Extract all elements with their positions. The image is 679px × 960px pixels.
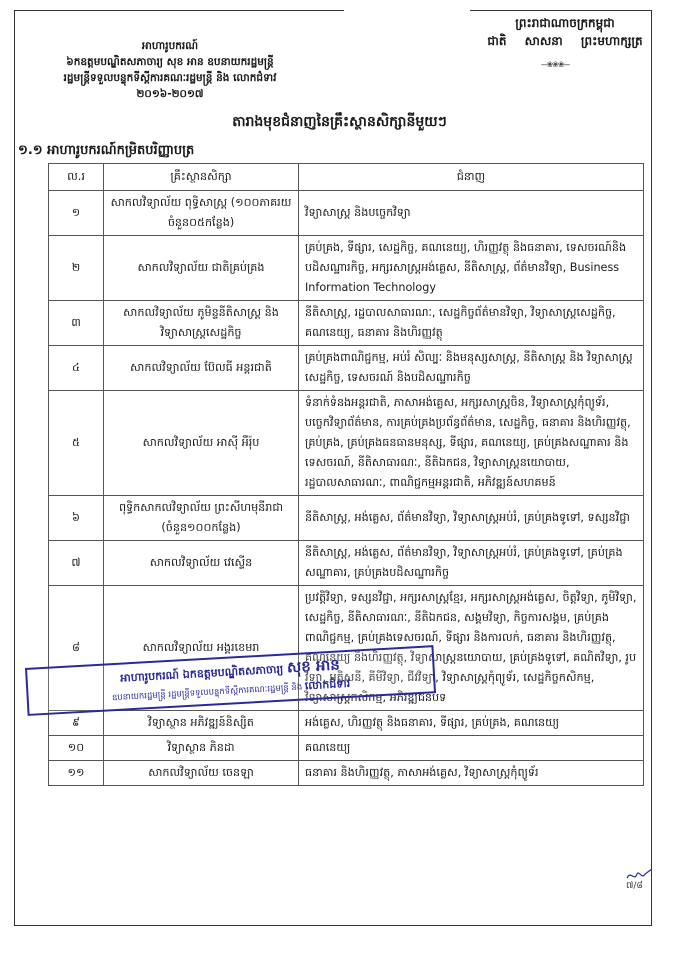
table-row: ១០វិទ្យាស្ថាន ភិនដាគណនេយ្យ xyxy=(49,736,644,761)
table-row: ៧សាកលវិទ្យាល័យ វេស្ទើននីតិសាស្ត្រ, អង់គ្… xyxy=(49,541,644,586)
institution-name: វិទ្យាស្ថាន អភិវឌ្ឍន៍និស្សិត xyxy=(104,711,299,736)
row-number: ៦ xyxy=(49,496,104,541)
ornament-divider: ---❀❀❀--- xyxy=(520,60,590,69)
row-number: ៤ xyxy=(49,346,104,391)
institution-name: វិទ្យាស្ថាន ភិនដា xyxy=(104,736,299,761)
row-number: ២ xyxy=(49,236,104,301)
header-left-line1: អាហារូបករណ៍ xyxy=(20,38,320,54)
stamp-title: លោកជំទាវ xyxy=(304,677,350,693)
row-number: ៣ xyxy=(49,301,104,346)
table-row: ១សាកលវិទ្យាល័យ ពុទ្ធិសាស្ត្រ (១០០ភាគរយ ច… xyxy=(49,191,644,236)
skills-list: នីតិសាស្ត្រ, អង់គ្លេស, ព័ត៌មានវិទ្យា, វិ… xyxy=(299,496,644,541)
skills-list: គ្រប់គ្រងពាណិជ្ជកម្ម, អប់រំ សិល្បៈ និងមន… xyxy=(299,346,644,391)
row-number: ៧ xyxy=(49,541,104,586)
skills-list: វិទ្យាសាស្ត្រ និងបច្ចេកវិទ្យា xyxy=(299,191,644,236)
table-row: ៣សាកលវិទ្យាល័យ ភូមិន្ទនីតិសាស្ត្រ និងវិទ… xyxy=(49,301,644,346)
scholarship-header: អាហារូបករណ៍ ៦កឧត្តមបណ្ឌិតសភាចារ្យ សុខ អា… xyxy=(20,38,320,102)
institution-name: សាកលវិទ្យាល័យ ពុទ្ធិសាស្ត្រ (១០០ភាគរយ ចំ… xyxy=(104,191,299,236)
page-title: តារាងមុខជំនាញនៃគ្រឹះស្ថានសិក្សានីមួយៗ xyxy=(0,112,679,133)
national-motto: ជាតិ សាសនា ព្រះមហាក្សត្រ xyxy=(470,32,660,50)
kingdom-header: ព្រះរាជាណាចក្រកម្ពុជា ជាតិ សាសនា ព្រះមហា… xyxy=(470,14,660,50)
header-left-line3: រដ្ឋមន្ត្រីទទួលបន្ទុកទីស្តីការគណៈរដ្ឋមន្… xyxy=(20,70,320,86)
row-number: ១០ xyxy=(49,736,104,761)
institution-name: សាកលវិទ្យាល័យ ជាតិគ្រប់គ្រង xyxy=(104,236,299,301)
section-heading: ១.១ អាហារូបករណ៍កម្រិតបរិញ្ញាបត្រ xyxy=(18,142,194,161)
row-number: ១១ xyxy=(49,761,104,786)
header-institution: គ្រឹះស្ថានសិក្សា xyxy=(104,164,299,191)
stamp-name: សុខ អាន xyxy=(286,655,340,676)
table-row: ៤សាកលវិទ្យាល័យ ប៊ែលធី អន្តរជាតិគ្រប់គ្រង… xyxy=(49,346,644,391)
skills-list: ទំនាក់ទំនងអន្តរជាតិ, ភាសាអង់គ្លេស, អក្សរ… xyxy=(299,391,644,496)
table-row: ២សាកលវិទ្យាល័យ ជាតិគ្រប់គ្រងគ្រប់គ្រង, ទ… xyxy=(49,236,644,301)
header-skills: ជំនាញ xyxy=(299,164,644,191)
row-number: ៥ xyxy=(49,391,104,496)
institution-name: សាកលវិទ្យាល័យ វេស្ទើន xyxy=(104,541,299,586)
table-header-row: ល.រ គ្រឹះស្ថានសិក្សា ជំនាញ xyxy=(49,164,644,191)
institution-name: សាកលវិទ្យាល័យ ប៊ែលធី អន្តរជាតិ xyxy=(104,346,299,391)
table-row: ៩វិទ្យាស្ថាន អភិវឌ្ឍន៍និស្សិតអង់គ្លេស, ហ… xyxy=(49,711,644,736)
kingdom-name: ព្រះរាជាណាចក្រកម្ពុជា xyxy=(470,14,660,32)
border-top-right xyxy=(470,10,651,11)
skills-list: គណនេយ្យ xyxy=(299,736,644,761)
header-left-year: ២០១៦-២០១៧ xyxy=(20,86,320,102)
skills-list: ធនាគារ និងហិរញ្ញវត្ថុ, ភាសាអង់គ្លេស, វិទ… xyxy=(299,761,644,786)
table-row: ៥សាកលវិទ្យាល័យ អាស៊ី អឺរ៉ុបទំនាក់ទំនងអន្… xyxy=(49,391,644,496)
page-number: ៧/៨ xyxy=(626,880,643,893)
header-left-line2: ៦កឧត្តមបណ្ឌិតសភាចារ្យ សុខ អាន ឧបនាយករដ្ឋ… xyxy=(20,54,320,70)
institution-name: ពុទ្ធិកសាកលវិទ្យាល័យ ព្រះសីហមុនីរាជា (ចំ… xyxy=(104,496,299,541)
skills-list: នីតិសាស្ត្រ, រដ្ឋបាលសាធារណៈ, សេដ្ឋកិច្ចព… xyxy=(299,301,644,346)
institution-name: សាកលវិទ្យាល័យ អាស៊ី អឺរ៉ុប xyxy=(104,391,299,496)
skills-list: នីតិសាស្ត្រ, អង់គ្លេស, ព័ត៌មានវិទ្យា, វិ… xyxy=(299,541,644,586)
skills-list: គ្រប់គ្រង, ទីផ្សារ, សេដ្ឋកិច្ច, គណនេយ្យ,… xyxy=(299,236,644,301)
header-no: ល.រ xyxy=(49,164,104,191)
skills-list: អង់គ្លេស, ហិរញ្ញវត្ថុ និងធនាគារ, ទីផ្សារ… xyxy=(299,711,644,736)
institution-name: សាកលវិទ្យាល័យ ភូមិន្ទនីតិសាស្ត្រ និងវិទ្… xyxy=(104,301,299,346)
table-row: ៦ពុទ្ធិកសាកលវិទ្យាល័យ ព្រះសីហមុនីរាជា (ច… xyxy=(49,496,644,541)
row-number: ១ xyxy=(49,191,104,236)
border-top-left xyxy=(14,10,344,11)
table-row: ១១សាកលវិទ្យាល័យ ចេនឡាធនាគារ និងហិរញ្ញវត្… xyxy=(49,761,644,786)
institution-name: សាកលវិទ្យាល័យ ចេនឡា xyxy=(104,761,299,786)
